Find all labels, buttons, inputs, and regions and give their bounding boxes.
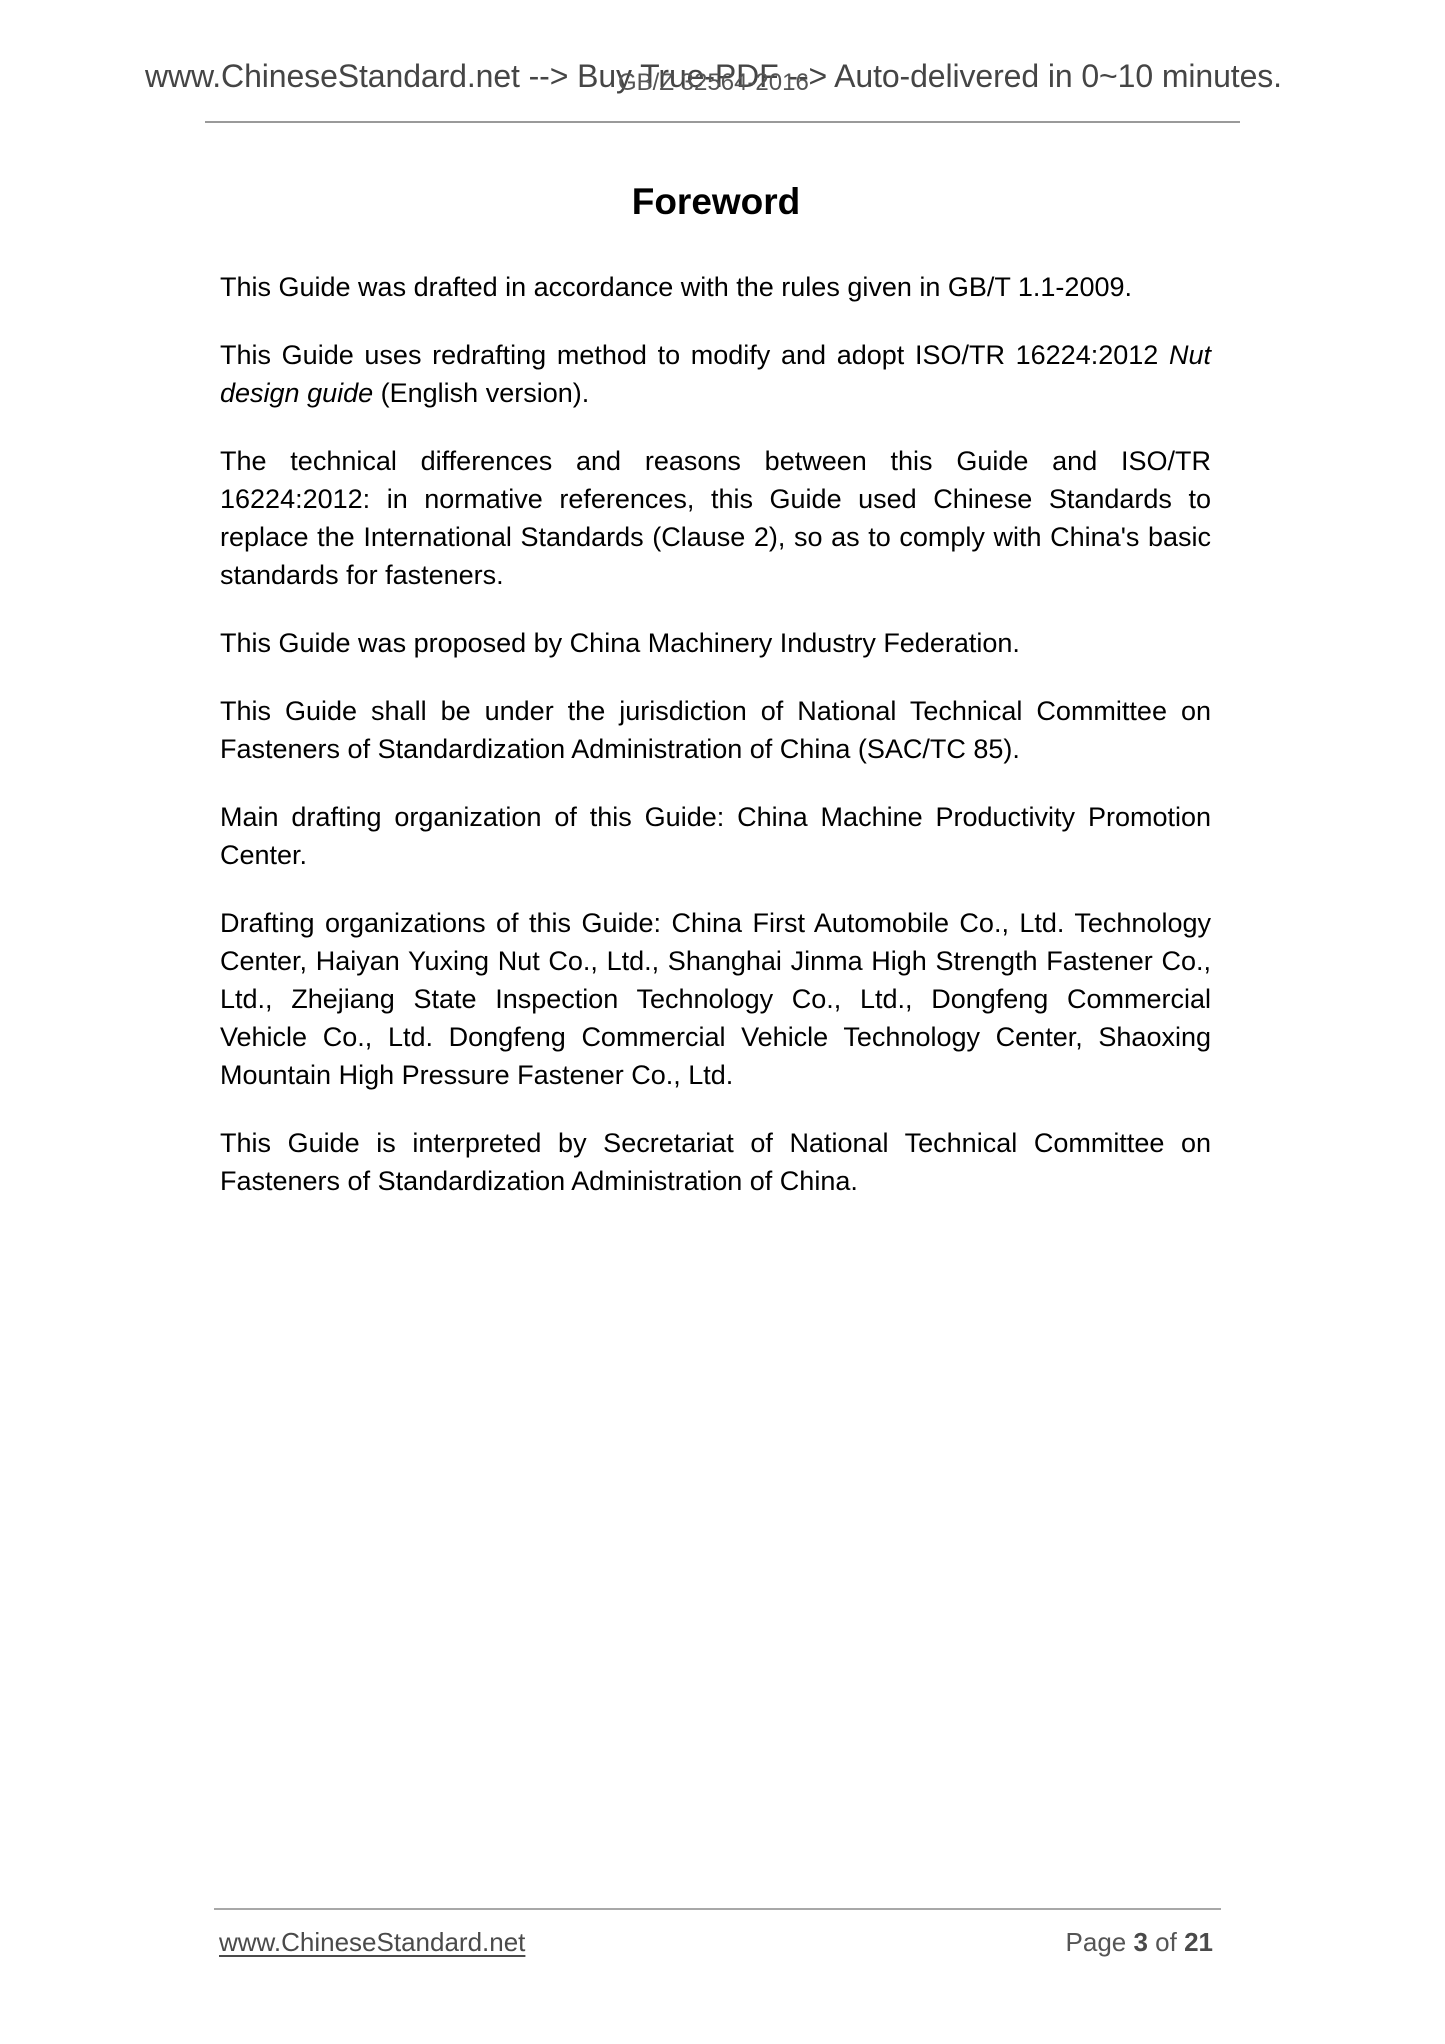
total-pages-number: 21 (1184, 1927, 1213, 1957)
paragraph-technical-differences: The technical differences and reasons be… (220, 442, 1211, 594)
current-page-number: 3 (1133, 1927, 1147, 1957)
paragraph-interpretation: This Guide is interpreted by Secretariat… (220, 1124, 1211, 1200)
paragraph-drafting-orgs: Drafting organizations of this Guide: Ch… (220, 904, 1211, 1094)
paragraph-proposed-by: This Guide was proposed by China Machine… (220, 624, 1211, 662)
header-divider (205, 121, 1240, 123)
document-page: www.ChineseStandard.net --> Buy True-PDF… (0, 0, 1445, 2044)
paragraph-drafting-rules: This Guide was drafted in accordance wit… (220, 268, 1211, 306)
page-indicator: Page 3 of 21 (1066, 1927, 1213, 1957)
foreword-body: This Guide was drafted in accordance wit… (220, 268, 1211, 1230)
header-document-number: GB/Z 32564-2016 (618, 71, 809, 95)
adoption-version: (English version). (373, 378, 589, 408)
page-label: Page (1066, 1927, 1134, 1957)
page-of-label: of (1148, 1927, 1184, 1957)
paragraph-main-drafting-org: Main drafting organization of this Guide… (220, 798, 1211, 874)
adoption-text: This Guide uses redrafting method to mod… (220, 340, 1169, 370)
paragraph-jurisdiction: This Guide shall be under the jurisdicti… (220, 692, 1211, 768)
page-title: Foreword (0, 180, 1432, 224)
footer-website-link[interactable]: www.ChineseStandard.net (219, 1927, 525, 1957)
footer-divider (214, 1908, 1221, 1910)
paragraph-adoption: This Guide uses redrafting method to mod… (220, 336, 1211, 412)
